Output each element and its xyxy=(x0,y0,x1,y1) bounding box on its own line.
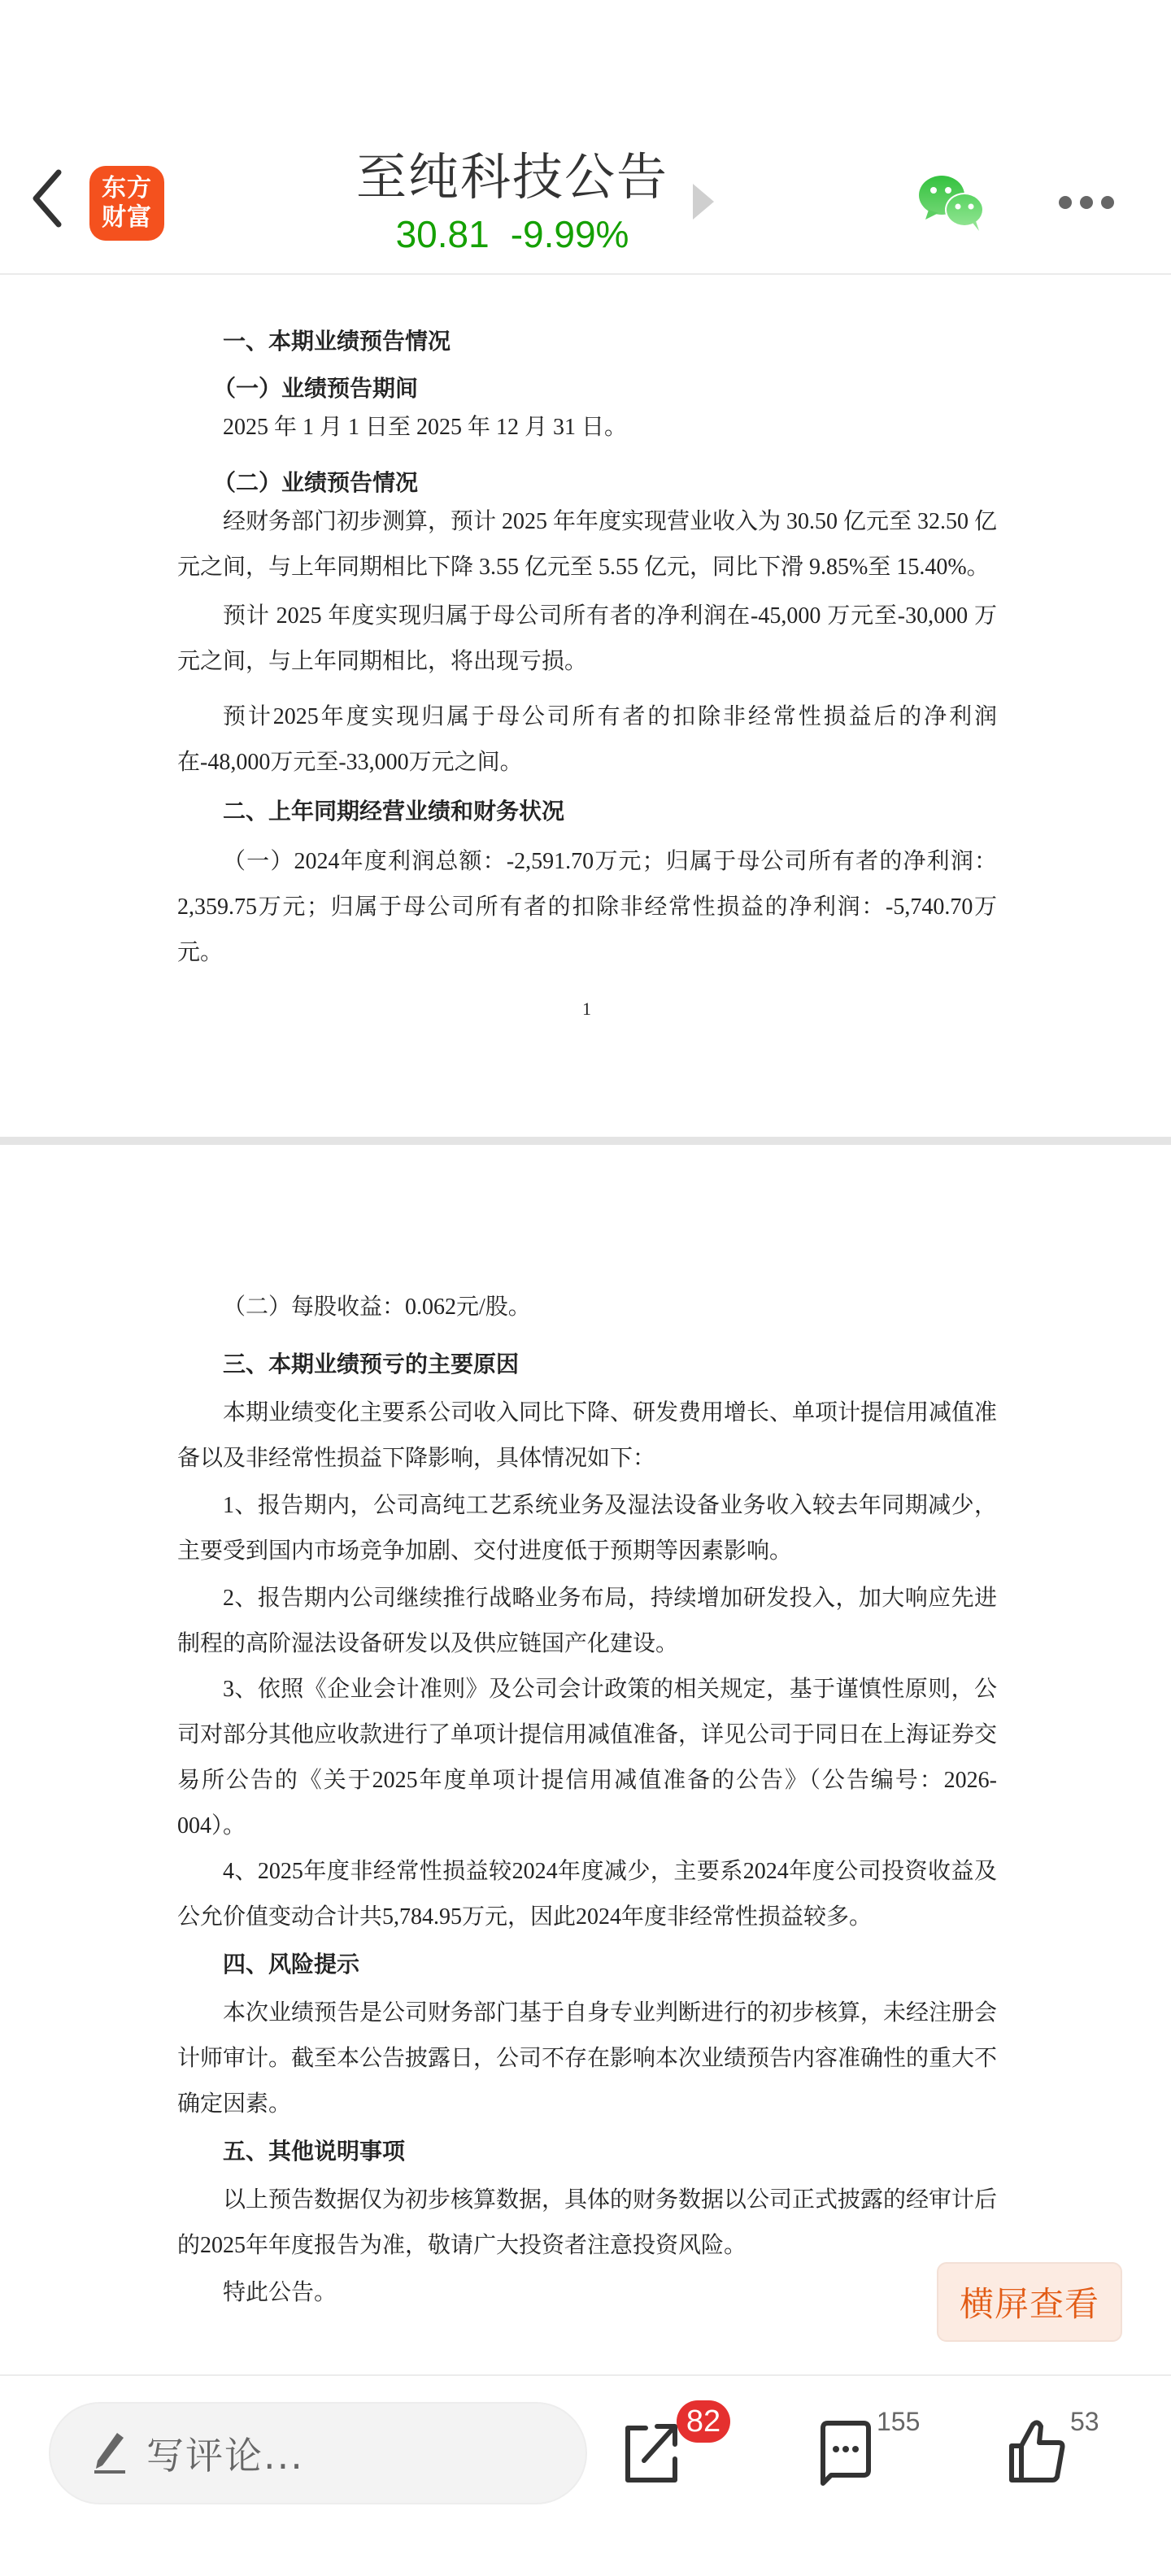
page-title: 至纯科技公告 xyxy=(309,145,716,210)
bottom-action-bar: 写评论... 82 155 53 xyxy=(0,2374,1171,2576)
more-options-button[interactable] xyxy=(1054,182,1119,223)
more-dots-icon xyxy=(1080,196,1093,209)
thumbs-up-icon xyxy=(1005,2413,1070,2491)
logo-line-1: 东方 xyxy=(102,174,152,203)
subsection-heading-forecast: （二）业绩预告情况 xyxy=(213,467,418,499)
wechat-icon xyxy=(917,174,987,233)
net-profit-excl-paragraph: 预计2025年度实现归属于母公司所有者的扣除非经常性损益后的净利润在-48,00… xyxy=(177,694,997,785)
comments-button[interactable]: 155 xyxy=(813,2413,911,2495)
logo-line-2: 财富 xyxy=(102,203,152,233)
section-heading-3: 三、本期业绩预亏的主要原因 xyxy=(223,1348,519,1381)
wechat-share-button[interactable] xyxy=(917,174,987,233)
announcement-viewer: 东方 财富 至纯科技公告 30.81-9.99% xyxy=(0,0,1171,2576)
back-button[interactable] xyxy=(23,168,72,229)
stock-title-block[interactable]: 至纯科技公告 30.81-9.99% xyxy=(309,145,716,259)
like-button[interactable]: 53 xyxy=(1005,2413,1103,2495)
stock-quote: 30.81-9.99% xyxy=(309,210,716,259)
section-heading-4: 四、风险提示 xyxy=(223,1948,359,1981)
comment-input[interactable]: 写评论... xyxy=(49,2402,587,2504)
pencil-icon xyxy=(93,2431,128,2475)
share-icon xyxy=(620,2413,685,2487)
closing-text: 特此公告。 xyxy=(177,2270,997,2316)
section-heading-1: 一、本期业绩预告情况 xyxy=(223,325,451,358)
section-heading-2: 二、上年同期经营业绩和财务状况 xyxy=(223,795,564,828)
like-count: 53 xyxy=(1070,2407,1099,2437)
other-notes-paragraph: 以上预告数据仅为初步核算数据，具体的财务数据以公司正式披露的经审计后的2025年… xyxy=(177,2178,997,2269)
net-profit-forecast-paragraph: 预计 2025 年度实现归属于母公司所有者的净利润在-45,000 万元至-30… xyxy=(177,594,997,685)
announcement-document[interactable]: 一、本期业绩预告情况 （一）业绩预告期间 2025 年 1 月 1 日至 202… xyxy=(0,276,1171,2374)
forecast-period-text: 2025 年 1 月 1 日至 2025 年 12 月 31 日。 xyxy=(177,405,997,450)
revenue-forecast-paragraph: 经财务部门初步测算，预计 2025 年年度实现营业收入为 30.50 亿元至 3… xyxy=(177,499,997,590)
page-divider xyxy=(0,1137,1171,1145)
page-number: 1 xyxy=(582,999,591,1020)
more-dots-icon xyxy=(1059,196,1072,209)
reason-intro-paragraph: 本期业绩变化主要系公司收入同比下降、研发费用增长、单项计提信用减值准备以及非经常… xyxy=(177,1390,997,1482)
landscape-view-button[interactable]: 横屏查看 xyxy=(937,2262,1122,2342)
stock-change-percent: -9.99% xyxy=(511,213,629,255)
stock-detail-arrow[interactable] xyxy=(690,181,717,223)
triangle-right-icon xyxy=(690,181,717,223)
section-heading-5: 五、其他说明事项 xyxy=(223,2135,405,2168)
reason-3-paragraph: 3、依照《企业会计准则》及公司会计政策的相关规定，基于谨慎性原则，公司对部分其他… xyxy=(177,1667,997,1849)
reason-1-paragraph: 1、报告期内，公司高纯工艺系统业务及湿法设备业务收入较去年同期减少，主要受到国内… xyxy=(177,1483,997,1574)
document-page-1: 一、本期业绩预告情况 （一）业绩预告期间 2025 年 1 月 1 日至 202… xyxy=(0,276,1171,1137)
comment-count: 155 xyxy=(877,2407,920,2437)
chevron-left-icon xyxy=(31,169,63,228)
reason-4-paragraph: 4、2025年度非经常性损益较2024年度减少，主要系2024年度公司投资收益及… xyxy=(177,1849,997,1940)
risk-paragraph: 本次业绩预告是公司财务部门基于自身专业判断进行的初步核算，未经注册会计师审计。截… xyxy=(177,1991,997,2127)
document-page-2: （二）每股收益：0.062元/股。 三、本期业绩预亏的主要原因 本期业绩变化主要… xyxy=(0,1145,1171,2389)
comment-bubble-icon xyxy=(813,2413,878,2491)
subsection-heading-period: （一）业绩预告期间 xyxy=(213,372,418,405)
comment-placeholder: 写评论... xyxy=(146,2426,304,2480)
top-nav-bar: 东方 财富 至纯科技公告 30.81-9.99% xyxy=(0,130,1171,275)
prior-year-paragraph: （一）2024年度利润总额：-2,591.70万元；归属于母公司所有者的净利润：… xyxy=(177,839,997,976)
eastmoney-logo[interactable]: 东方 财富 xyxy=(89,166,164,241)
share-count-badge: 82 xyxy=(677,2400,730,2443)
more-dots-icon xyxy=(1101,196,1114,209)
reason-2-paragraph: 2、报告期内公司继续推行战略业务布局，持续增加研发投入，加大响应先进制程的高阶湿… xyxy=(177,1576,997,1667)
stock-price: 30.81 xyxy=(396,213,490,255)
eps-paragraph: （二）每股收益：0.062元/股。 xyxy=(177,1285,997,1330)
